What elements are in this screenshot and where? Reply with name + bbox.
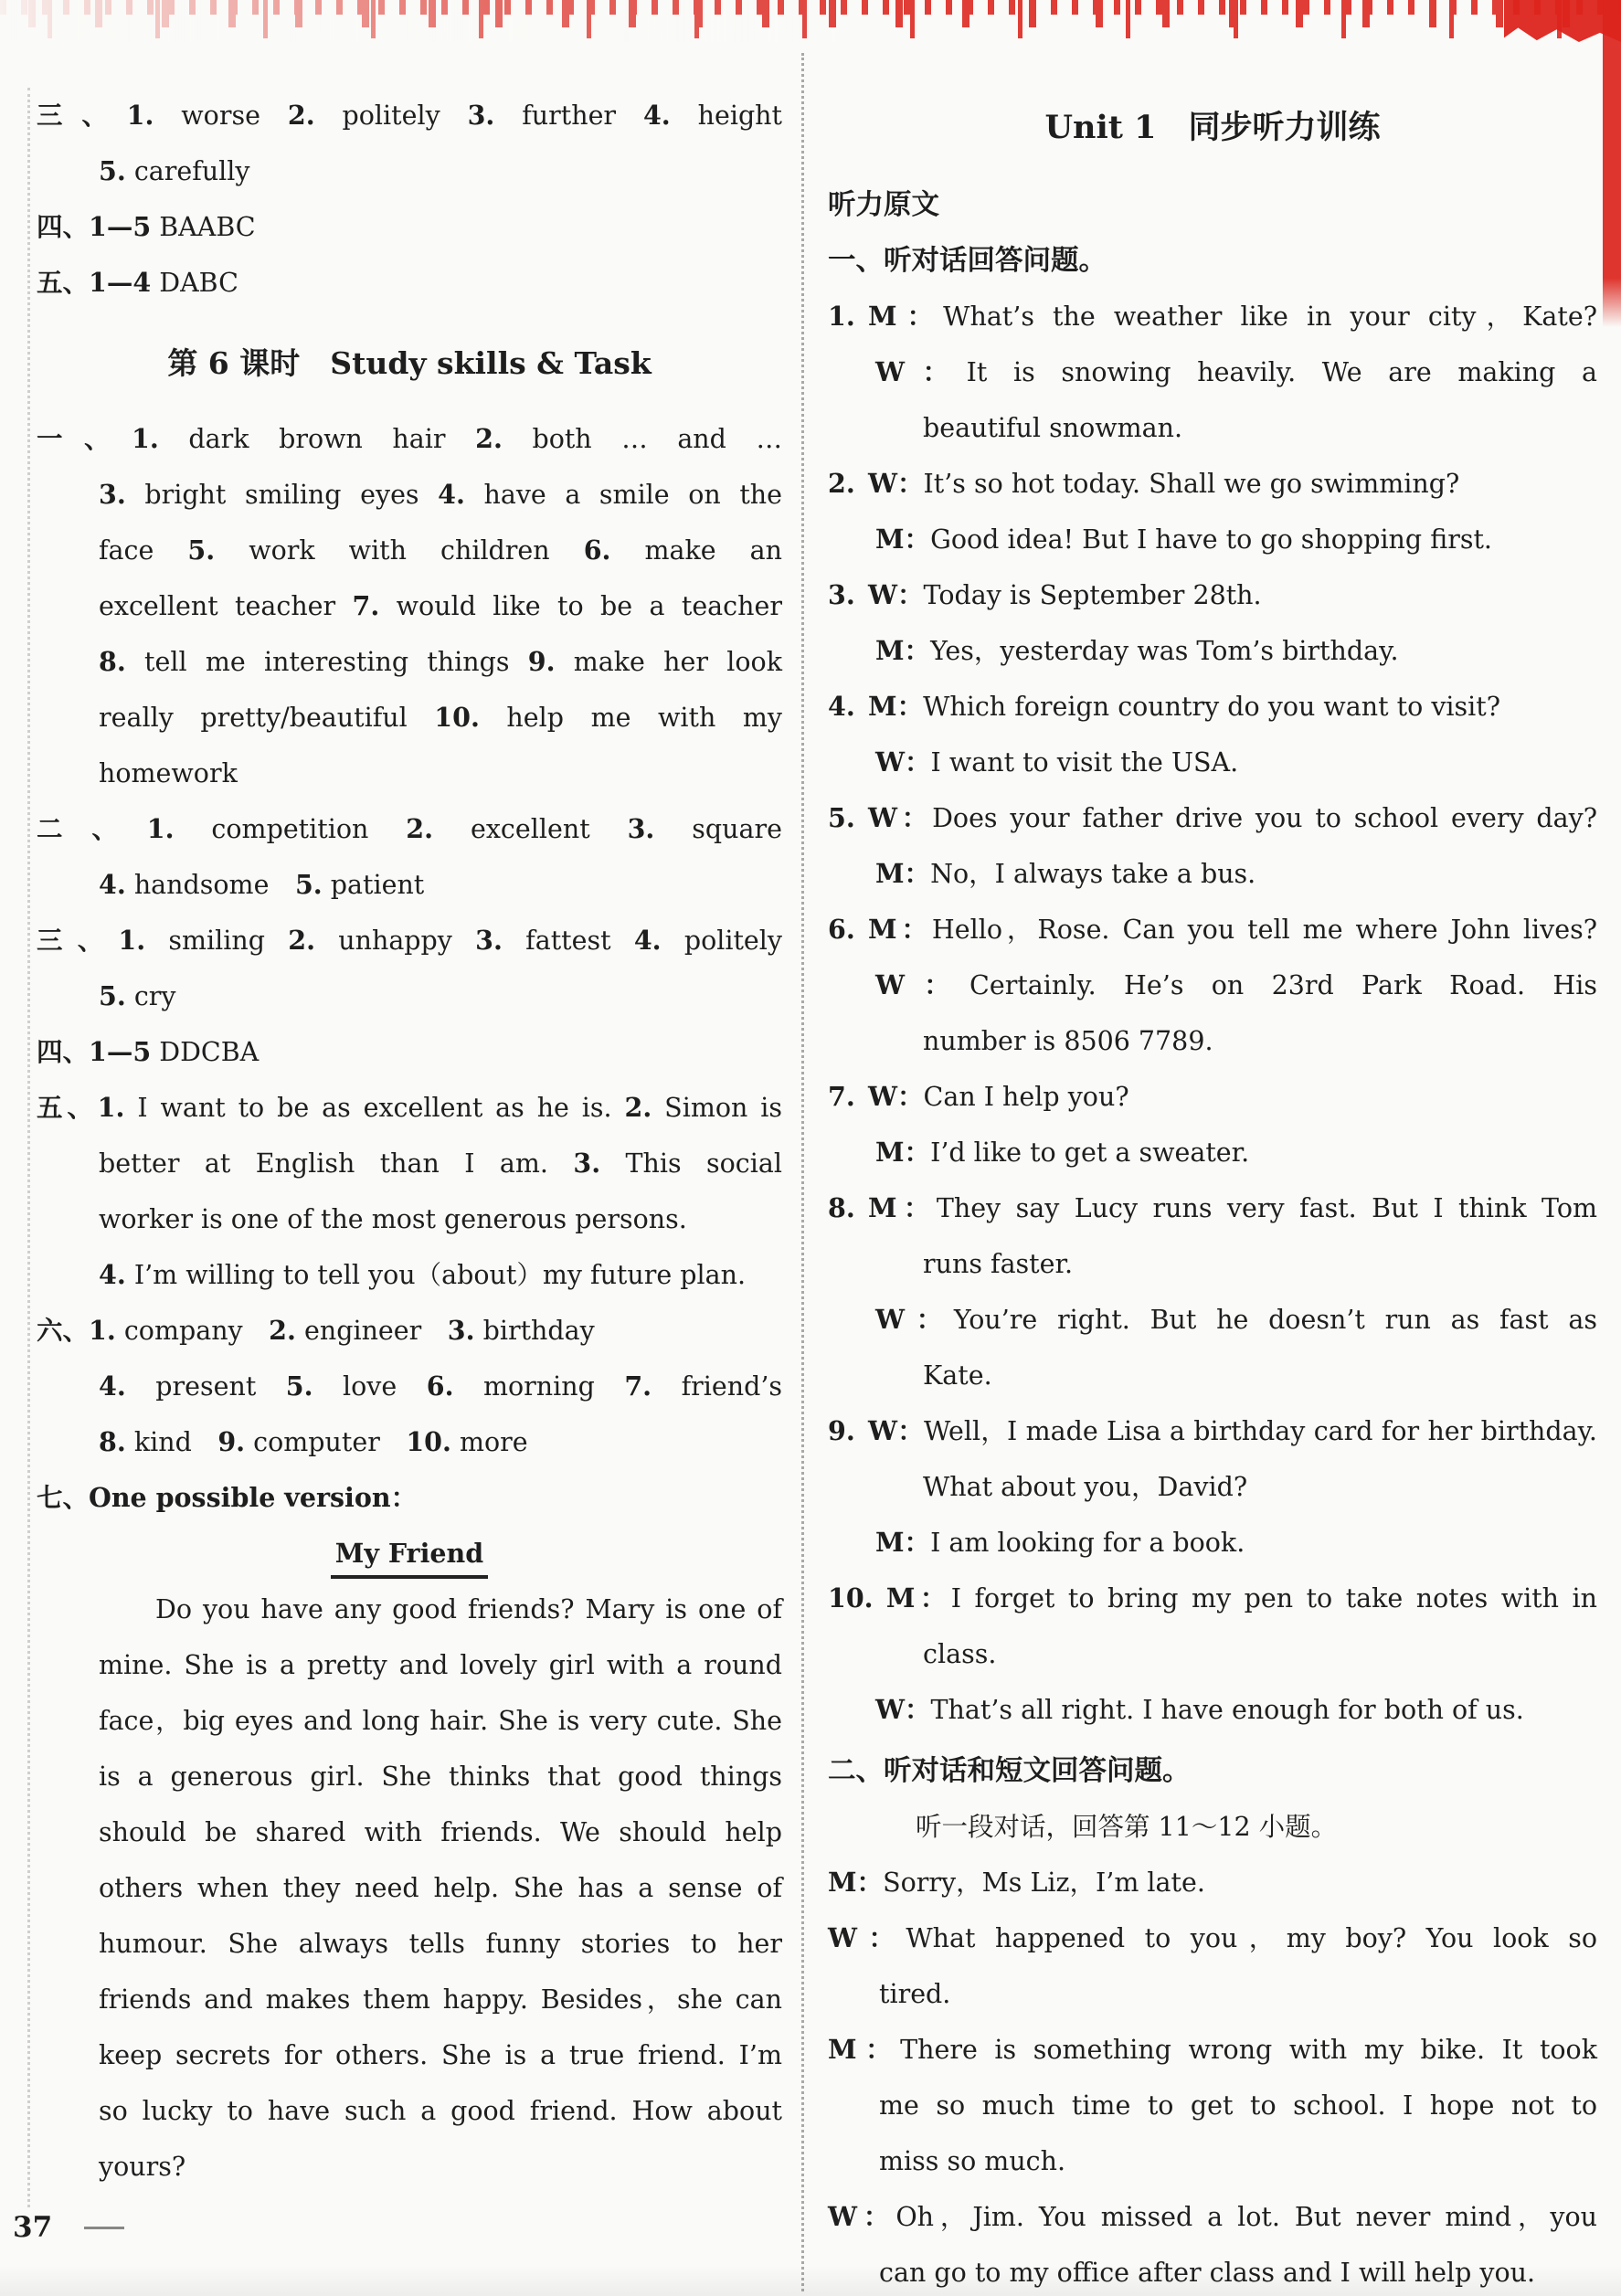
transcript-line: M：I’d like to get a sweater. [828, 1125, 1597, 1180]
transcript-line: 3. W：Today is September 28th. [828, 567, 1597, 623]
answer-line: yours? [37, 2139, 782, 2195]
transcript-line: W：You’re right. But he doesn’t run as fa… [828, 1292, 1597, 1348]
answer-line: worker is one of the most generous perso… [37, 1191, 782, 1247]
transcript-line: 听一段对话，回答第 11～12 小题。 [828, 1799, 1597, 1855]
transcript-line: M：Sorry，Ms Liz，I’m late. [828, 1855, 1597, 1910]
answer-line: really pretty/beautiful 10. help me with… [37, 690, 782, 746]
answer-line: 5. cry [37, 968, 782, 1024]
answer-line: 3. bright smiling eyes 4. have a smile o… [37, 467, 782, 523]
transcript-line: W：I want to visit the USA. [828, 735, 1597, 790]
answer-line: 三、1. smiling 2. unhappy 3. fattest 4. po… [37, 913, 782, 968]
transcript-line: M：Good idea! But I have to go shopping f… [828, 512, 1597, 567]
transcript-line: class. [828, 1626, 1597, 1682]
answer-line: keep secrets for others. She is a true f… [37, 2027, 782, 2083]
answer-line: humour. She always tells funny stories t… [37, 1916, 782, 1972]
answer-line: others when they need help. She has a se… [37, 1860, 782, 1916]
transcript-line: 7. W：Can I help you? [828, 1069, 1597, 1125]
answer-line: 4. present 5. love 6. morning 7. friend’… [37, 1359, 782, 1414]
transcript-line: M：No，I always take a bus. [828, 846, 1597, 902]
transcript-line: 10. M：I forget to bring my pen to take n… [828, 1571, 1597, 1626]
answer-line: 七、One possible version： [37, 1470, 782, 1526]
answer-line: face 5. work with children 6. make an [37, 523, 782, 578]
workbook-answer-page: 三、1. worse 2. politely 3. further 4. hei… [0, 0, 1621, 2296]
heading-line: Unit 1 同步听力训练 [828, 95, 1597, 161]
transcript-line: tired. [828, 1966, 1597, 2022]
transcript-line: 1. M：What’s the weather like in your cit… [828, 289, 1597, 344]
torn-edge-decoration [0, 0, 1621, 42]
page-footer: 37 [13, 2207, 124, 2248]
transcript-line: number is 8506 7789. [828, 1013, 1597, 1069]
answer-line: homework [37, 746, 782, 801]
answer-line: 四、1—5 BAABC [37, 199, 782, 255]
answer-line: 5. carefully [37, 143, 782, 199]
column-divider-dotted-line [801, 53, 804, 2291]
answer-line: 五、1. I want to be as excellent as he is.… [37, 1080, 782, 1136]
transcript-line: What about you，David? [828, 1459, 1597, 1515]
transcript-line: 8. M：They say Lucy runs very fast. But I… [828, 1180, 1597, 1236]
page-number: 37 [13, 2211, 52, 2244]
answer-line: 四、1—5 DDCBA [37, 1024, 782, 1080]
transcript-line: Kate. [828, 1348, 1597, 1403]
transcript-line: 6. M：Hello，Rose. Can you tell me where J… [828, 902, 1597, 958]
answer-line: should be shared with friends. We should… [37, 1804, 782, 1860]
answer-line: 4. handsome 5. patient [37, 857, 782, 913]
transcript-line: 5. W：Does your father drive you to schoo… [828, 790, 1597, 846]
left-margin-dotted-line [27, 88, 30, 2207]
answer-line: 8. kind 9. computer 10. more [37, 1414, 782, 1470]
transcript-line: W：Oh，Jim. You missed a lot. But never mi… [828, 2189, 1597, 2245]
answer-line: mine. She is a pretty and lovely girl wi… [37, 1637, 782, 1693]
transcript-line: M：Yes，yesterday was Tom’s birthday. [828, 623, 1597, 679]
transcript-line: 4. M：Which foreign country do you want t… [828, 679, 1597, 735]
left-column: 三、1. worse 2. politely 3. further 4. hei… [37, 88, 782, 2195]
footer-dash-mark [84, 2227, 124, 2229]
answer-line: is a generous girl. She thinks that good… [37, 1749, 782, 1804]
transcript-line: miss so much. [828, 2133, 1597, 2189]
answer-line: 8. tell me interesting things 9. make he… [37, 634, 782, 690]
heading-line: 第 6 课时 Study skills & Task [37, 334, 782, 393]
answer-line: 二、1. competition 2. excellent 3. square [37, 801, 782, 857]
answer-line: so lucky to have such a good friend. How… [37, 2083, 782, 2139]
heading-line: 一、听对话回答问题。 [828, 233, 1597, 289]
page-edge-red-bar [1603, 0, 1621, 327]
answer-line: excellent teacher 7. would like to be a … [37, 578, 782, 634]
answer-line: 4. I’m willing to tell you（about）my futu… [37, 1247, 782, 1303]
answer-line: 六、1. company 2. engineer 3. birthday [37, 1303, 782, 1359]
right-column: Unit 1 同步听力训练听力原文一、听对话回答问题。1. M：What’s t… [828, 95, 1597, 2296]
transcript-line: W：Certainly. He’s on 23rd Park Road. His [828, 958, 1597, 1013]
transcript-line: beautiful snowman. [828, 400, 1597, 456]
answer-line: 五、1—4 DABC [37, 255, 782, 311]
answer-line: better at English than I am. 3. This soc… [37, 1136, 782, 1191]
transcript-line: M：There is something wrong with my bike.… [828, 2022, 1597, 2078]
transcript-line: 9. W：Well，I made Lisa a birthday card fo… [828, 1403, 1597, 1459]
transcript-line: me so much time to get to school. I hope… [828, 2078, 1597, 2133]
answer-line: friends and makes them happy. Besides，sh… [37, 1972, 782, 2027]
essay-title: My Friend [37, 1526, 782, 1582]
heading-line: 二、听对话和短文回答问题。 [828, 1743, 1597, 1799]
transcript-line: 2. W：It’s so hot today. Shall we go swim… [828, 456, 1597, 512]
transcript-line: M：I am looking for a book. [828, 1515, 1597, 1571]
heading-line: 听力原文 [828, 177, 1597, 233]
transcript-line: W：It is snowing heavily. We are making a [828, 344, 1597, 400]
transcript-line: W：What happened to you，my boy? You look … [828, 1910, 1597, 1966]
answer-line: Do you have any good friends? Mary is on… [37, 1582, 782, 1637]
answer-line: face，big eyes and long hair. She is very… [37, 1693, 782, 1749]
answer-line: 三、1. worse 2. politely 3. further 4. hei… [37, 88, 782, 143]
transcript-line: W：That’s all right. I have enough for bo… [828, 1682, 1597, 1738]
transcript-line: runs faster. [828, 1236, 1597, 1292]
bottom-page-shade [0, 2265, 1621, 2296]
answer-line: 一、1. dark brown hair 2. both … and … [37, 411, 782, 467]
